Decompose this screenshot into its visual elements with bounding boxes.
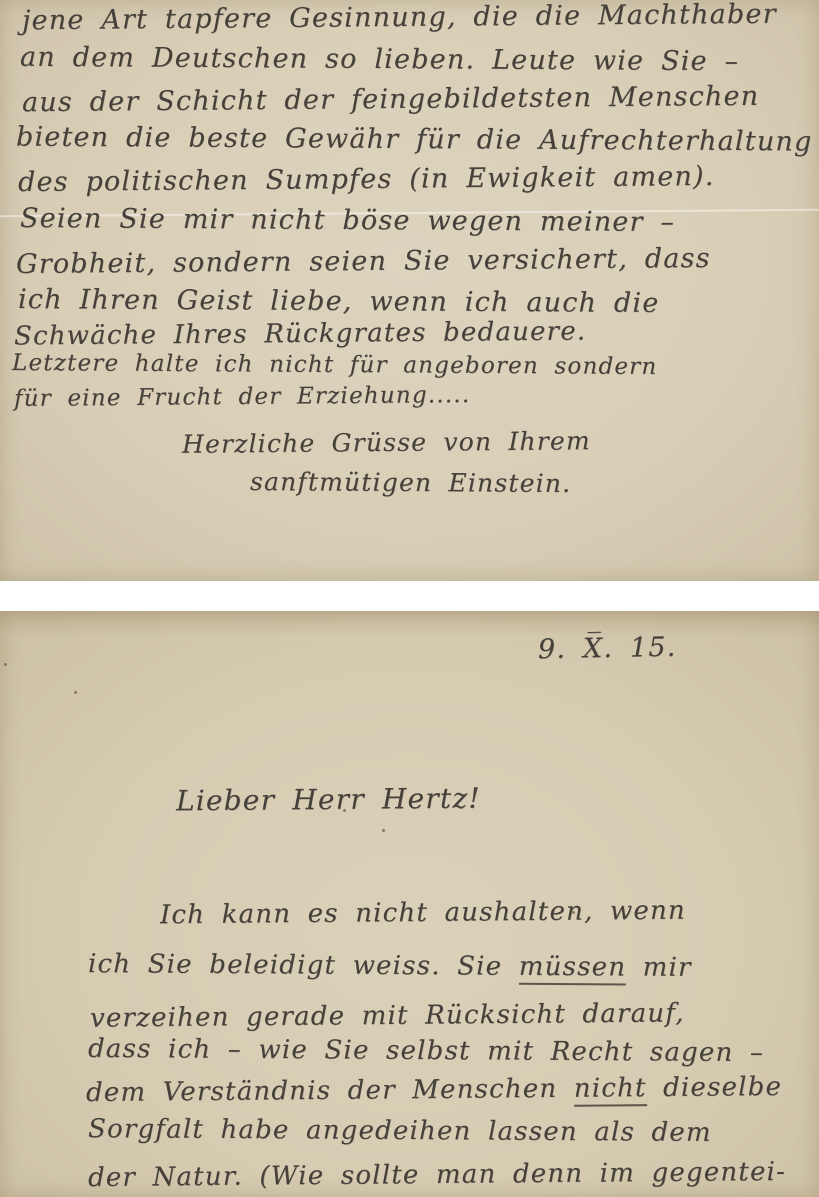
- ink-speck: [74, 691, 77, 694]
- handwriting-text: sanftmütigen Einstein.: [250, 467, 571, 498]
- handwriting-line: ich Ihren Geist liebe, wenn ich auch die: [18, 284, 660, 320]
- handwriting-text: mir: [626, 952, 692, 982]
- handwriting-line: ich Sie beleidigt weiss. Sie müssen mir: [88, 949, 692, 984]
- handwriting-text: Seien Sie mir nicht böse wegen meiner –: [20, 203, 675, 238]
- handwriting-text: Sorgfalt habe angedeihen lassen als dem: [88, 1114, 712, 1148]
- handwriting-line: dem Verständnis der Menschen nicht diese…: [86, 1072, 782, 1109]
- ink-speck: [572, 911, 575, 914]
- handwriting-line: dass ich – wie Sie selbst mit Recht sage…: [88, 1034, 764, 1069]
- letter-page-2: 9. X̅. 15. Lieber Herr Hertz! Ich kann e…: [0, 611, 819, 1197]
- handwriting-text: ich Ihren Geist liebe, wenn ich auch die: [18, 284, 660, 319]
- handwriting-text: dass ich – wie Sie selbst mit Recht sage…: [88, 1034, 764, 1068]
- letter-date: 9. X̅. 15.: [538, 632, 677, 665]
- handwriting-line: bieten die beste Gewähr für die Aufrecht…: [16, 122, 813, 159]
- page-gap: [0, 581, 819, 611]
- handwriting-text: Schwäche Ihres Rückgrates bedauere.: [14, 317, 587, 352]
- handwriting-text: verzeihen gerade mit Rücksicht darauf,: [90, 998, 685, 1033]
- handwriting-text: für eine Frucht der Erziehung.....: [14, 382, 471, 412]
- handwriting-text: dieselbe: [647, 1072, 783, 1103]
- handwriting-text: bieten die beste Gewähr für die Aufrecht…: [16, 122, 813, 158]
- handwriting-text: Grobheit, sondern seien Sie versichert, …: [16, 243, 711, 280]
- closing-line: Herzliche Grüsse von Ihrem: [182, 426, 591, 460]
- handwriting-line: aus der Schicht der feingebildetsten Men…: [22, 81, 760, 120]
- handwriting-text: aus der Schicht der feingebildetsten Men…: [22, 81, 760, 118]
- handwriting-text: Letztere halte ich nicht für angeboren s…: [12, 350, 658, 380]
- ink-speck: [343, 809, 346, 812]
- handwriting-text: Ich kann es nicht aushalten, wenn: [160, 896, 686, 931]
- handwriting-text: ich Sie beleidigt weiss. Sie: [88, 949, 519, 982]
- handwriting-line: Schwäche Ihres Rückgrates bedauere.: [14, 317, 587, 353]
- salutation: Lieber Herr Hertz!: [176, 782, 481, 818]
- closing-line: sanftmütigen Einstein.: [250, 467, 571, 499]
- handwriting-line: Sorgfalt habe angedeihen lassen als dem: [88, 1114, 712, 1149]
- handwriting-text: der Natur. (Wie sollte man denn im gegen…: [88, 1157, 786, 1193]
- handwriting-line: an dem Deutschen so lieben. Leute wie Si…: [20, 42, 739, 79]
- handwriting-line: Grobheit, sondern seien Sie versichert, …: [16, 243, 711, 281]
- handwriting-line: des politischen Sumpfes (in Ewigkeit ame…: [18, 161, 715, 199]
- handwriting-line: verzeihen gerade mit Rücksicht darauf,: [90, 998, 685, 1034]
- handwriting-line: Seien Sie mir nicht böse wegen meiner –: [20, 203, 675, 239]
- letter-page-1: jene Art tapfere Gesinnung, die die Mach…: [0, 0, 819, 581]
- underlined-word: nicht: [574, 1073, 647, 1107]
- handwriting-text: jene Art tapfere Gesinnung, die die Mach…: [22, 0, 777, 36]
- handwriting-line: jene Art tapfere Gesinnung, die die Mach…: [22, 0, 777, 38]
- handwriting-line: Ich kann es nicht aushalten, wenn: [160, 896, 686, 932]
- underlined-word: müssen: [519, 952, 627, 986]
- handwriting-line: der Natur. (Wie sollte man denn im gegen…: [88, 1157, 786, 1194]
- handwriting-text: des politischen Sumpfes (in Ewigkeit ame…: [18, 161, 715, 198]
- ink-speck: [382, 829, 385, 832]
- handwriting-text: an dem Deutschen so lieben. Leute wie Si…: [20, 42, 739, 77]
- handwriting-text: dem Verständnis der Menschen: [86, 1074, 574, 1108]
- handwriting-line: für eine Frucht der Erziehung.....: [14, 382, 471, 414]
- handwriting-text: Herzliche Grüsse von Ihrem: [182, 426, 591, 459]
- handwriting-line: Letztere halte ich nicht für angeboren s…: [12, 350, 658, 382]
- ink-speck: [4, 663, 7, 666]
